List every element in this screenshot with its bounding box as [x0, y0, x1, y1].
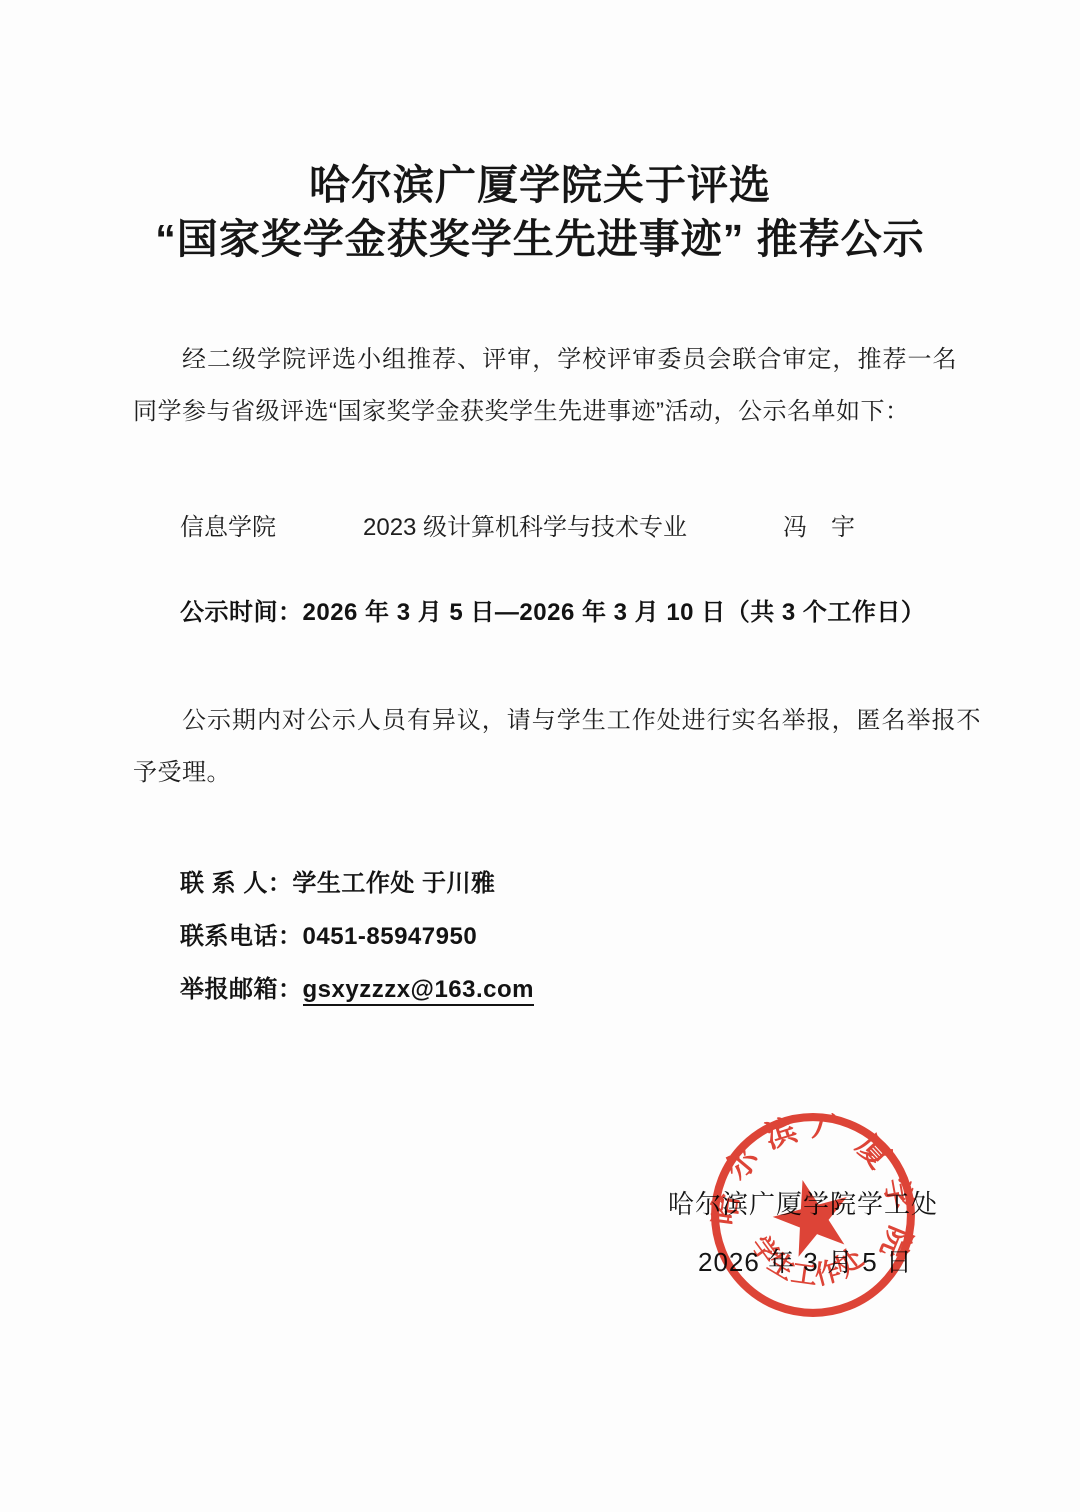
document-title-line1: 哈尔滨广厦学院关于评选: [0, 160, 1080, 210]
publicity-period: 公示时间：2026 年 3 月 5 日—2026 年 3 月 10 日（共 3 …: [180, 592, 925, 627]
intro-paragraph: 经二级学院评选小组推荐、评审，学校评审委员会联合审定，推荐一名同学参与省级评选“…: [133, 334, 957, 438]
contact-person-label: 联 系 人：: [180, 870, 292, 897]
contact-person-value: 学生工作处 于川雅: [292, 870, 495, 897]
objection-paragraph: 公示期内对公示人员有异议，请与学生工作处进行实名举报，匿名举报不予受理。: [133, 695, 981, 799]
contact-phone-value: 0451-85947950: [303, 923, 478, 950]
contact-email-label: 举报邮箱：: [180, 976, 303, 1003]
candidate-name: 冯 宇: [783, 507, 855, 542]
signing-department: 哈尔滨广厦学院学工处: [668, 1184, 938, 1221]
contact-phone-line: 联系电话：0451-85947950: [180, 916, 477, 951]
candidate-major: 2023 级计算机科学与技术专业: [363, 507, 687, 542]
announcement-document: 哈尔滨广厦学院关于评选 “国家奖学金获奖学生先进事迹” 推荐公示 经二级学院评选…: [0, 0, 1080, 1512]
contact-phone-label: 联系电话：: [180, 923, 303, 950]
signing-date: 2026 年 3 月 5 日: [698, 1242, 913, 1279]
contact-email-value: gsxyzzzx@163.com: [303, 976, 535, 1006]
contact-person-line: 联 系 人：学生工作处 于川雅: [180, 863, 496, 898]
contact-email-line: 举报邮箱：gsxyzzzx@163.com: [180, 969, 534, 1004]
document-title-line2: “国家奖学金获奖学生先进事迹” 推荐公示: [0, 214, 1080, 264]
candidate-college: 信息学院: [180, 507, 276, 542]
